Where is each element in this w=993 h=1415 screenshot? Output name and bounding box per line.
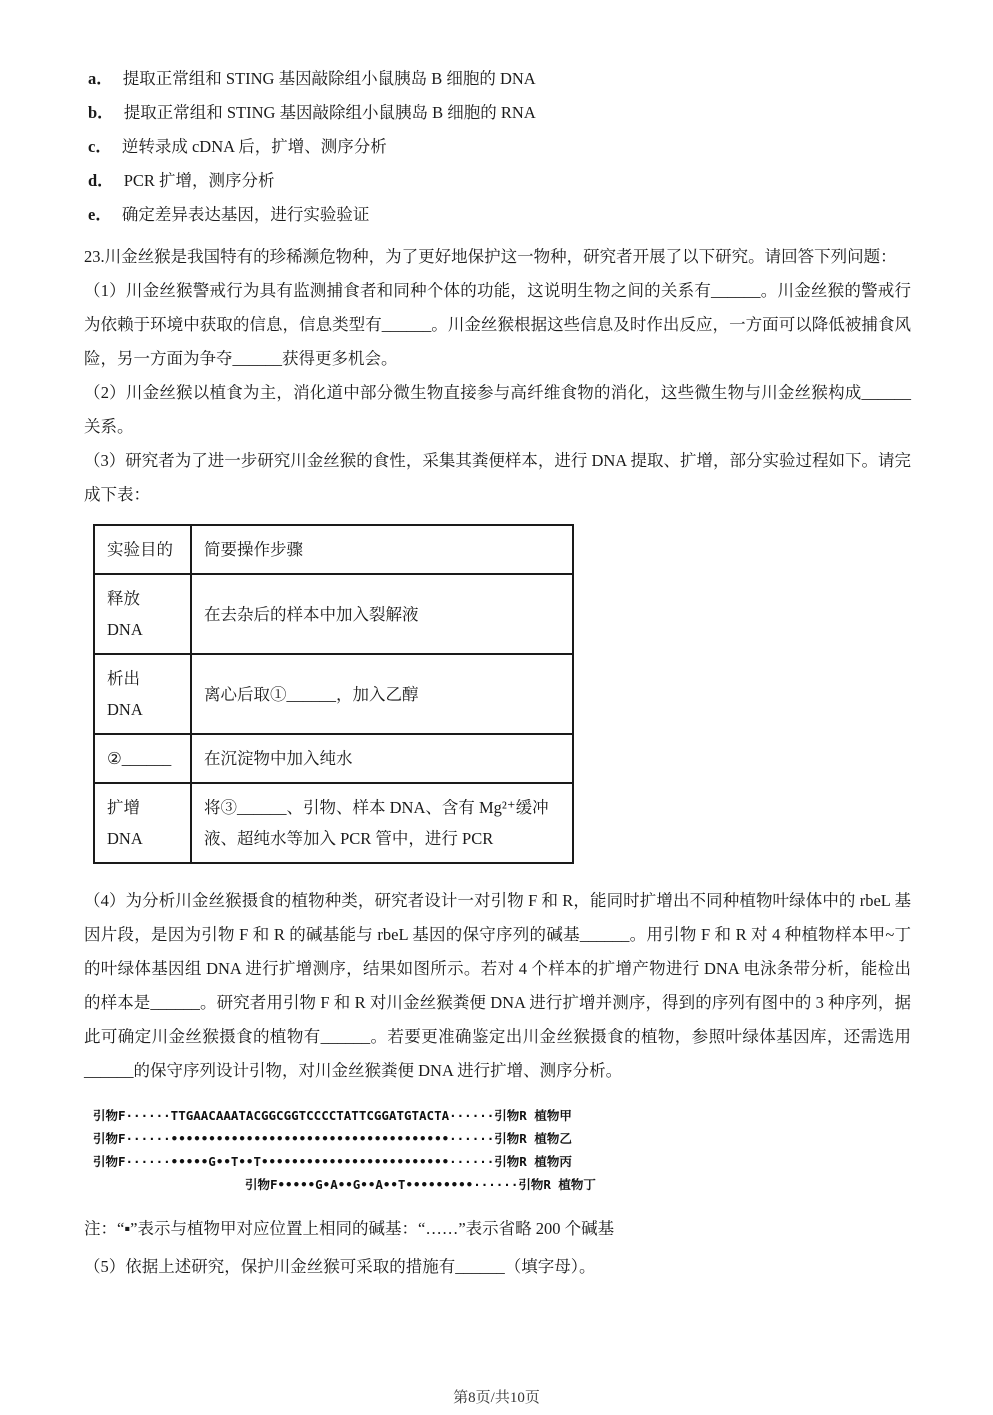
table-row: 释放 DNA 在去杂后的样本中加入裂解液 (94, 574, 573, 654)
sequence-alignment-figure: 引物F······TTGAACAAATACGGCGGTCCCCTATTCGGAT… (93, 1104, 911, 1196)
exam-page: a．提取正常组和 STING 基因敲除组小鼠胰岛 B 细胞的 DNA b．提取正… (0, 0, 993, 1415)
option-item-b: b．提取正常组和 STING 基因敲除组小鼠胰岛 B 细胞的 RNA (88, 96, 911, 130)
option-item-a: a．提取正常组和 STING 基因敲除组小鼠胰岛 B 细胞的 DNA (88, 62, 911, 96)
option-item-c: c．逆转录成 cDNA 后，扩增、测序分析 (88, 130, 911, 164)
cell-purpose: 析出 DNA (94, 654, 191, 734)
question-23-part3: （3）研究者为了进一步研究川金丝猴的食性，采集其粪便样本，进行 DNA 提取、扩… (84, 444, 911, 512)
table-row: 析出 DNA 离心后取①______，加入乙醇 (94, 654, 573, 734)
question-23-intro: 23.川金丝猴是我国特有的珍稀濒危物种，为了更好地保护这一物种，研究者开展了以下… (84, 240, 911, 274)
option-list: a．提取正常组和 STING 基因敲除组小鼠胰岛 B 细胞的 DNA b．提取正… (88, 62, 911, 232)
option-marker: c． (88, 137, 112, 156)
option-marker: e． (88, 205, 112, 224)
sequence-line-plant-yi: 引物F······•••••••••••••••••••••••••••••••… (93, 1127, 911, 1150)
option-marker: a． (88, 69, 113, 88)
cell-purpose: 释放 DNA (94, 574, 191, 654)
cell-steps: 离心后取①______，加入乙醇 (191, 654, 573, 734)
option-text: PCR 扩增，测序分析 (124, 171, 275, 190)
header-purpose: 实验目的 (94, 525, 191, 574)
option-marker: d． (88, 171, 114, 190)
option-text: 逆转录成 cDNA 后，扩增、测序分析 (122, 137, 387, 156)
table-row: ②______ 在沉淀物中加入纯水 (94, 734, 573, 783)
cell-steps: 将③______、引物、样本 DNA、含有 Mg²⁺缓冲液、超纯水等加入 PCR… (191, 783, 573, 863)
option-item-d: d．PCR 扩增，测序分析 (88, 164, 911, 198)
question-23-part5: （5）依据上述研究，保护川金丝猴可采取的措施有______（填字母）。 (84, 1250, 911, 1284)
header-steps: 简要操作步骤 (191, 525, 573, 574)
page-content: a．提取正常组和 STING 基因敲除组小鼠胰岛 B 细胞的 DNA b．提取正… (0, 0, 993, 1284)
page-footer: 第8页/共10页 (0, 1386, 993, 1407)
cell-purpose: ②______ (94, 734, 191, 783)
sequence-line-plant-bing: 引物F······•••••G••T••T•••••••••••••••••••… (93, 1150, 911, 1173)
figure-note: 注：“▪”表示与植物甲对应位置上相同的碱基：“……”表示省略 200 个碱基 (84, 1212, 911, 1246)
option-text: 确定差异表达基因，进行实验验证 (122, 205, 370, 224)
cell-steps: 在去杂后的样本中加入裂解液 (191, 574, 573, 654)
question-23-part1: （1）川金丝猴警戒行为具有监测捕食者和同种个体的功能，这说明生物之间的关系有__… (84, 274, 911, 376)
cell-purpose: 扩增 DNA (94, 783, 191, 863)
table-row: 扩增 DNA 将③______、引物、样本 DNA、含有 Mg²⁺缓冲液、超纯水… (94, 783, 573, 863)
option-text: 提取正常组和 STING 基因敲除组小鼠胰岛 B 细胞的 RNA (124, 103, 536, 122)
option-text: 提取正常组和 STING 基因敲除组小鼠胰岛 B 细胞的 DNA (123, 69, 536, 88)
table-header-row: 实验目的 简要操作步骤 (94, 525, 573, 574)
question-23-part2: （2）川金丝猴以植食为主，消化道中部分微生物直接参与高纤维食物的消化，这些微生物… (84, 376, 911, 444)
option-item-e: e．确定差异表达基因，进行实验验证 (88, 198, 911, 232)
experiment-steps-table: 实验目的 简要操作步骤 释放 DNA 在去杂后的样本中加入裂解液 析出 DNA … (93, 524, 574, 864)
sequence-line-plant-jia: 引物F······TTGAACAAATACGGCGGTCCCCTATTCGGAT… (93, 1104, 911, 1127)
question-23-part4: （4）为分析川金丝猴摄食的植物种类，研究者设计一对引物 F 和 R，能同时扩增出… (84, 884, 911, 1088)
sequence-line-plant-ding: 引物F•••••G•A••G••A••T•••••••••······引物R 植… (245, 1173, 911, 1196)
option-marker: b． (88, 103, 114, 122)
cell-steps: 在沉淀物中加入纯水 (191, 734, 573, 783)
